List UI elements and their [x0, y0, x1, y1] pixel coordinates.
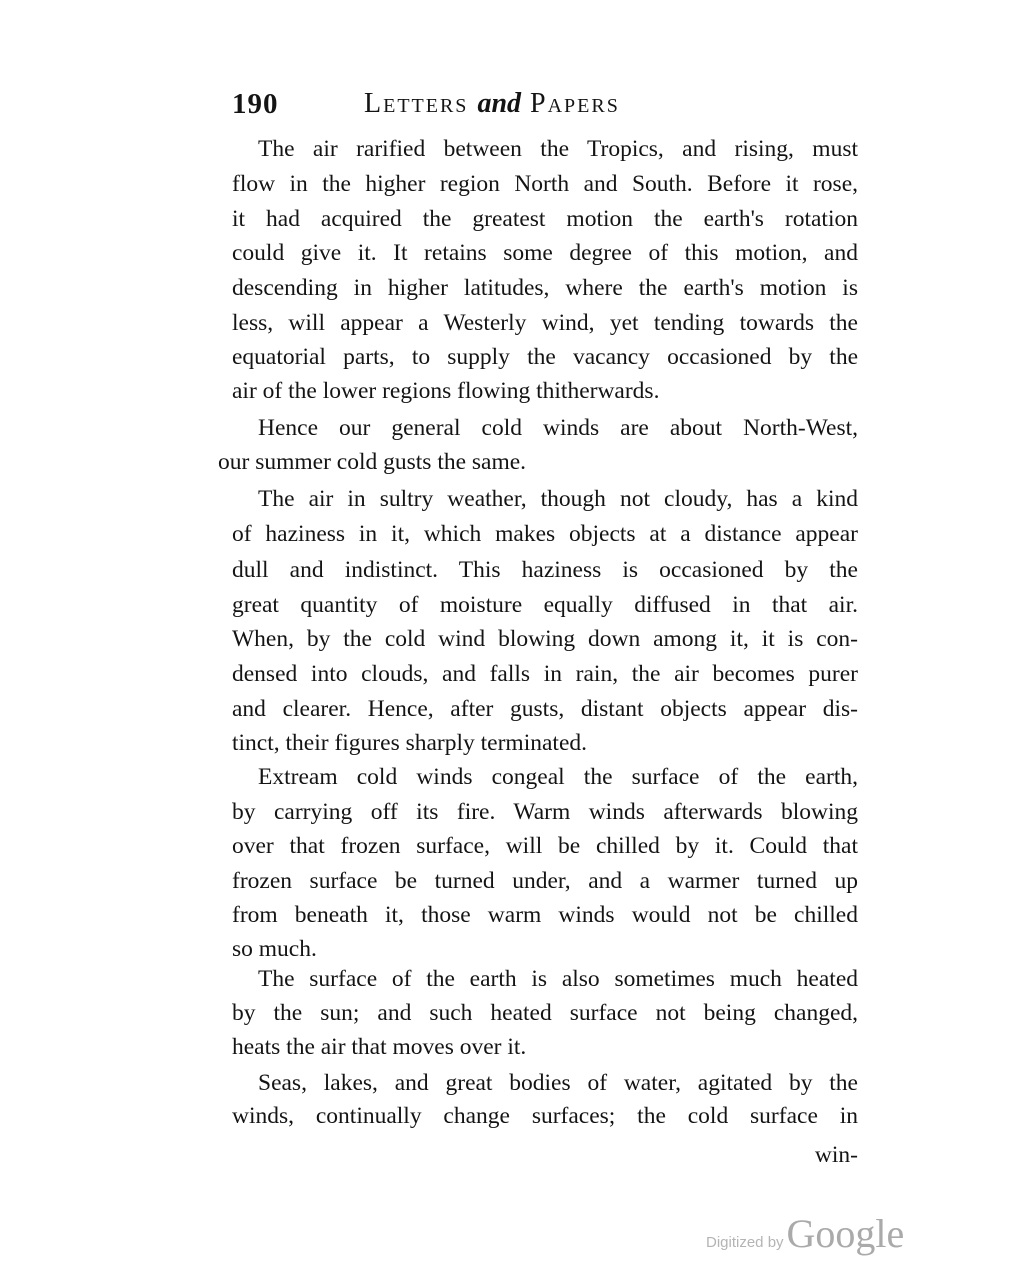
- text-line: Extream cold winds congeal the surface o…: [258, 762, 858, 792]
- text-line: by the sun; and such heated surface not …: [232, 998, 858, 1028]
- running-title-part2: Papers: [530, 88, 620, 119]
- book-page: 190 Letters and Papers The air rarified …: [0, 0, 1014, 1282]
- text-line: winds, continually change surfaces; the …: [232, 1101, 858, 1131]
- text-line: descending in higher latitudes, where th…: [232, 273, 858, 303]
- text-line: could give it. It retains some degree of…: [232, 238, 858, 268]
- text-line: When, by the cold wind blowing down amon…: [232, 624, 858, 654]
- text-line: and clearer. Hence, after gusts, distant…: [232, 694, 858, 724]
- text-line: from beneath it, those warm winds would …: [232, 900, 858, 930]
- text-line: flow in the higher region North and Sout…: [232, 169, 858, 199]
- text-line: Hence our general cold winds are about N…: [258, 413, 858, 443]
- watermark-prefix: Digitized by: [706, 1234, 784, 1251]
- running-title-part1: Letters: [364, 88, 468, 119]
- text-line: over that frozen surface, will be chille…: [232, 831, 858, 861]
- running-title: Letters and Papers: [364, 88, 620, 120]
- text-line: less, will appear a Westerly wind, yet t…: [232, 308, 858, 338]
- text-line: frozen surface be turned under, and a wa…: [232, 866, 858, 896]
- text-line: air of the lower regions flowing thither…: [232, 376, 858, 406]
- running-title-conjunction: and: [477, 88, 521, 119]
- text-line: great quantity of moisture equally diffu…: [232, 590, 858, 620]
- text-line: our summer cold gusts the same.: [218, 447, 858, 477]
- google-logo: Google: [787, 1210, 905, 1257]
- text-line: it had acquired the greatest motion the …: [232, 204, 858, 234]
- text-line: densed into clouds, and falls in rain, t…: [232, 659, 858, 689]
- text-line: by carrying off its fire. Warm winds aft…: [232, 797, 858, 827]
- text-line: of haziness in it, which makes objects a…: [232, 519, 858, 549]
- text-line: The air rarified between the Tropics, an…: [258, 134, 858, 164]
- text-line: Seas, lakes, and great bodies of water, …: [258, 1068, 858, 1098]
- text-line: dull and indistinct. This haziness is oc…: [232, 555, 858, 585]
- text-line: so much.: [232, 934, 858, 964]
- text-line: equatorial parts, to supply the vacancy …: [232, 342, 858, 372]
- page-number: 190: [232, 88, 279, 121]
- digitized-by-google-watermark: Digitized by Google: [706, 1210, 904, 1260]
- text-line: tinct, their figures sharply terminated.: [232, 728, 858, 758]
- running-head: 190 Letters and Papers: [222, 88, 862, 128]
- catchword: win-: [808, 1140, 858, 1170]
- text-line: The surface of the earth is also sometim…: [258, 964, 858, 994]
- text-line: heats the air that moves over it.: [232, 1032, 858, 1062]
- text-line: The air in sultry weather, though not cl…: [258, 484, 858, 514]
